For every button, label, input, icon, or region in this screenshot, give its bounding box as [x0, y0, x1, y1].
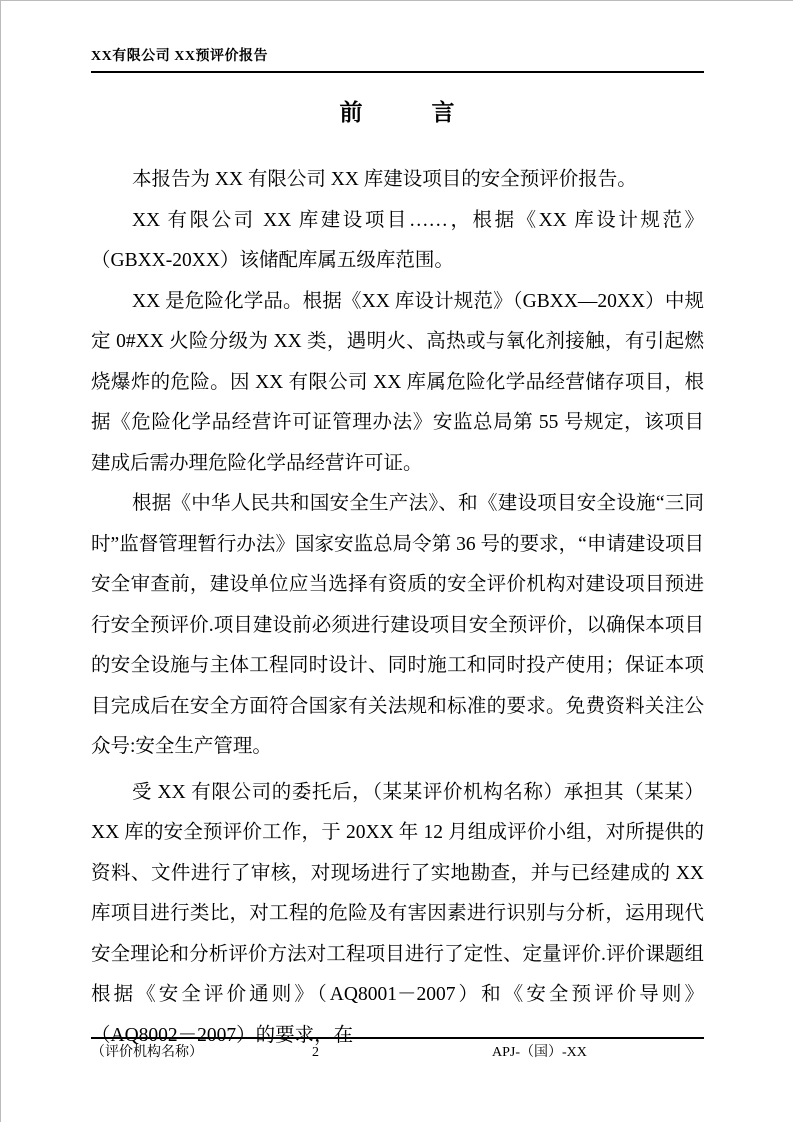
- footer-organization: （评价机构名称）: [91, 1044, 203, 1062]
- body-paragraph: 本报告为 XX 有限公司 XX 库建设项目的安全预评价报告。: [91, 160, 704, 201]
- page-title: 前 言: [1, 97, 793, 129]
- footer-page-number: 2: [312, 1044, 319, 1062]
- footer-doc-code: APJ-（国）-XX: [492, 1044, 587, 1062]
- body-paragraph: 根据《中华人民共和国安全生产法》、和《建设项目安全设施“三同时”监督管理暂行办法…: [91, 484, 704, 768]
- body-paragraph: XX 有限公司 XX 库建设项目……，根据《XX 库设计规范》（GBXX-20X…: [91, 201, 704, 282]
- document-body: 本报告为 XX 有限公司 XX 库建设项目的安全预评价报告。 XX 有限公司 X…: [91, 160, 704, 1056]
- body-paragraph: 受 XX 有限公司的委托后，（某某评价机构名称）承担其（某某）XX 库的安全预评…: [91, 773, 704, 1057]
- page-header: XX有限公司 XX预评价报告: [91, 48, 704, 73]
- page-footer: （评价机构名称） 2 APJ-（国）-XX: [91, 1037, 704, 1067]
- header-title: XX有限公司 XX预评价报告: [91, 48, 704, 66]
- document-page: XX有限公司 XX预评价报告 前 言 本报告为 XX 有限公司 XX 库建设项目…: [0, 0, 793, 1122]
- body-paragraph: XX 是危险化学品。根据《XX 库设计规范》（GBXX—20XX）中规定 0#X…: [91, 282, 704, 485]
